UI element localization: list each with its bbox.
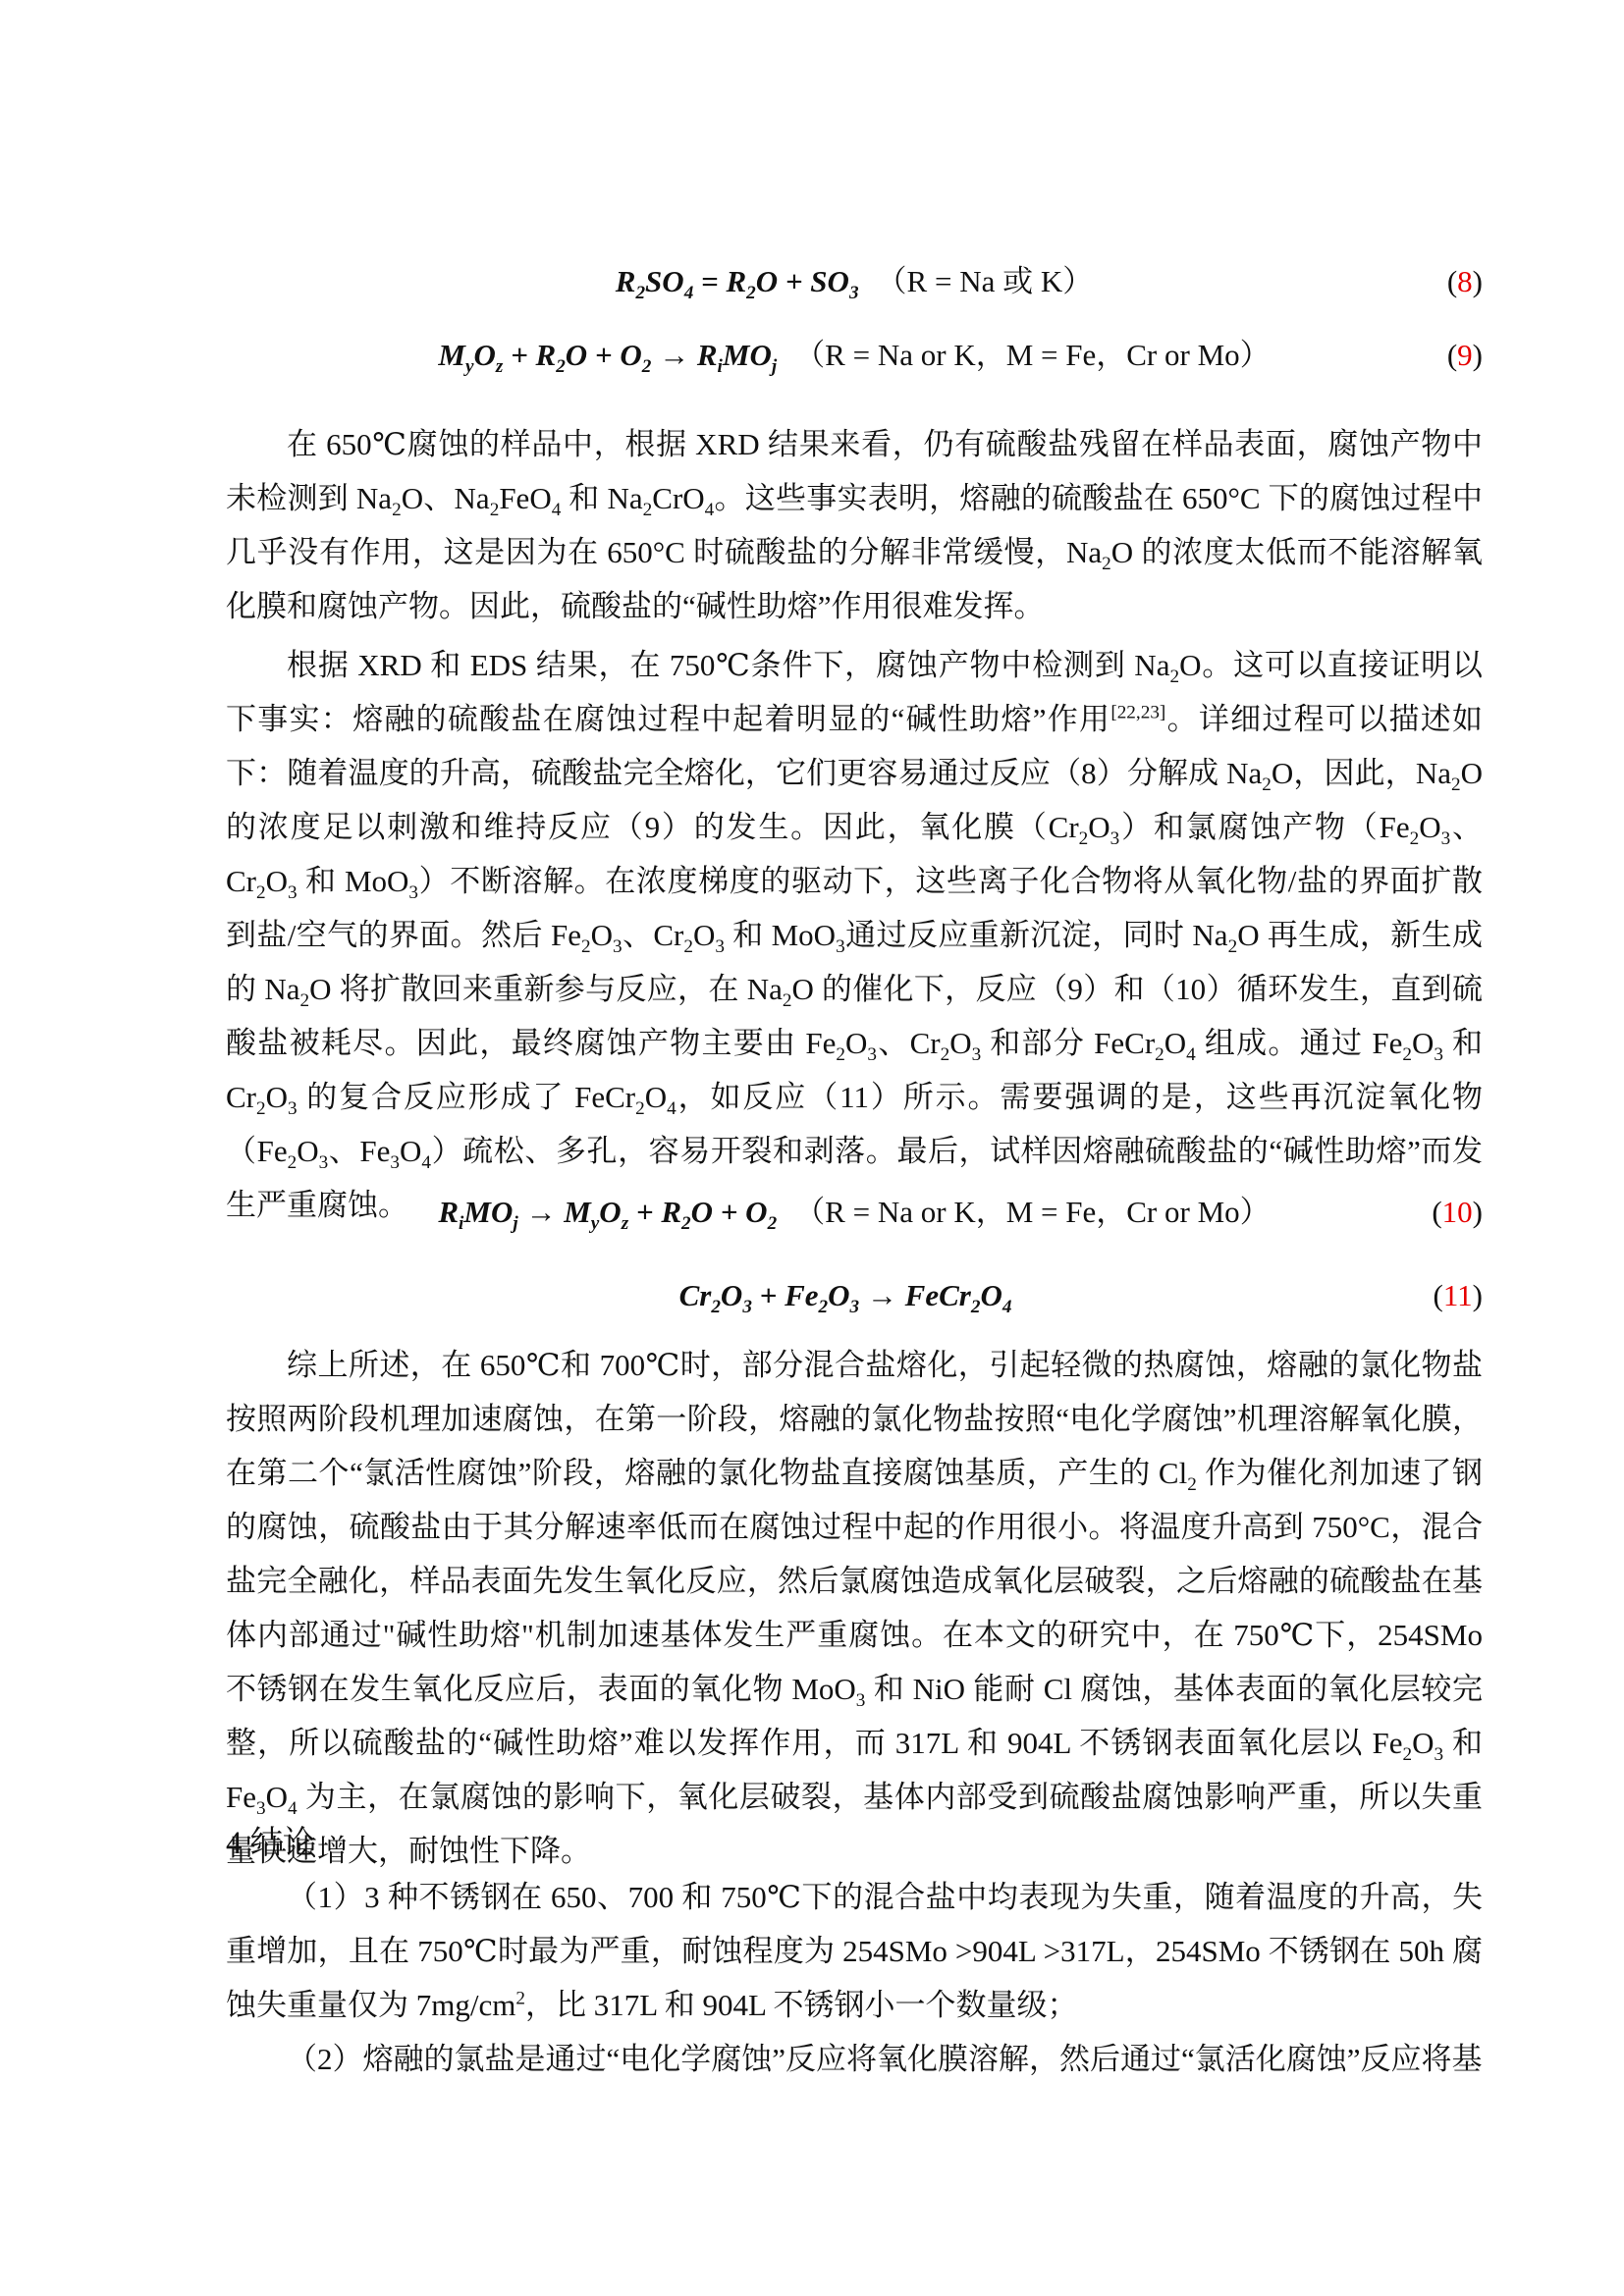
conclusion-item-2: （2）熔融的氯盐是通过“电化学腐蚀”反应将氧化膜溶解，然后通过“氯活化腐蚀”反应…	[226, 2032, 1483, 2086]
equation-11-formula: Cr2O3 + Fe2O3 → FeCr2O4	[679, 1278, 1012, 1312]
equation-11-number: (11)	[1433, 1271, 1483, 1320]
equation-9-formula: MyOz + R2O + O2 → RiMOj	[438, 338, 777, 372]
equation-10-condition: （R = Na or K，M = Fe，Cr or Mo）	[794, 1195, 1270, 1229]
paragraph-1: 在 650℃腐蚀的样品中，根据 XRD 结果来看，仍有硫酸盐残留在样品表面，腐蚀…	[226, 417, 1483, 633]
equation-9: MyOz + R2O + O2 → RiMOj（R = Na or K，M = …	[226, 331, 1483, 380]
conclusion-item-1: （1）3 种不锈钢在 650、700 和 750℃下的混合盐中均表现为失重，随着…	[226, 1870, 1483, 2032]
equation-10: RiMOj → MyOz + R2O + O2（R = Na or K，M = …	[226, 1188, 1483, 1237]
document-page: R2SO4 = R2O + SO3（R = Na 或 K） (8) MyOz +…	[0, 0, 1624, 2296]
equation-8-condition: （R = Na 或 K）	[877, 264, 1094, 298]
equation-9-number: (9)	[1447, 331, 1483, 380]
equation-8: R2SO4 = R2O + SO3（R = Na 或 K） (8)	[226, 257, 1483, 306]
paragraph-2: 根据 XRD 和 EDS 结果，在 750℃条件下，腐蚀产物中检测到 Na2O。…	[226, 638, 1483, 1232]
equation-8-formula: R2SO4 = R2O + SO3	[616, 264, 859, 298]
equation-9-condition: （R = Na or K，M = Fe，Cr or Mo）	[794, 338, 1270, 372]
section-heading: 4 结论	[226, 1817, 1483, 1871]
equation-10-number: (10)	[1432, 1188, 1483, 1237]
equation-11: Cr2O3 + Fe2O3 → FeCr2O4 (11)	[226, 1271, 1483, 1320]
equation-10-formula: RiMOj → MyOz + R2O + O2	[438, 1195, 777, 1229]
paragraph-3: 综上所述，在 650℃和 700℃时，部分混合盐熔化，引起轻微的热腐蚀，熔融的氯…	[226, 1338, 1483, 1878]
equation-8-number: (8)	[1447, 257, 1483, 306]
